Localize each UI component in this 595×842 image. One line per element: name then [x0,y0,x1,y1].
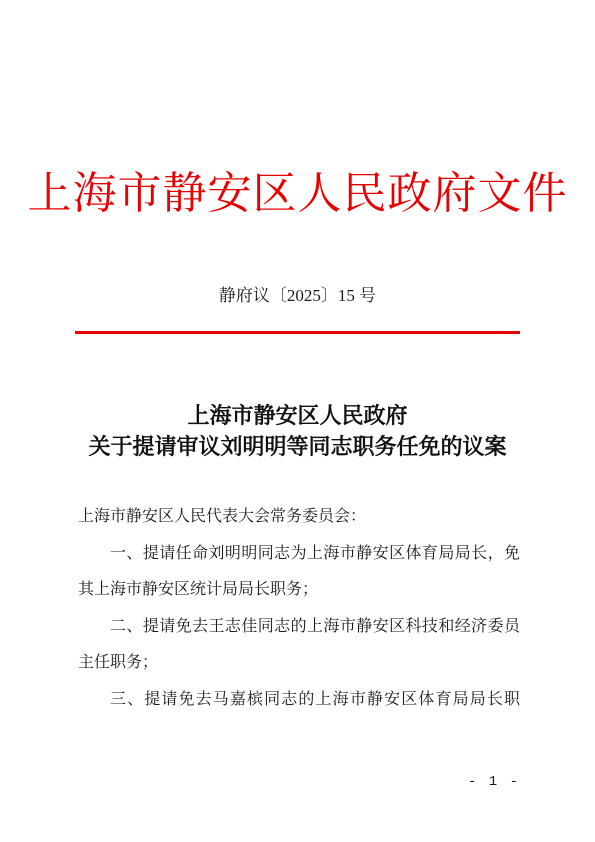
body-line-item2-part1: 二、提请免去王志佳同志的上海市静安区科技和经济委员会 [78,609,520,646]
body-line-item1-part2: 其上海市静安区统计局局长职务； [78,572,520,609]
document-title-line1: 上海市静安区人民政府 [0,400,595,431]
document-number: 静府议〔2025〕15 号 [0,284,595,308]
body-line-salutation: 上海市静安区人民代表大会常务委员会： [78,499,520,536]
body-line-item3: 三、提请免去马嘉槟同志的上海市静安区体育局局长职务。 [78,682,520,719]
body-line-item2-part2: 主任职务； [78,645,520,682]
body-line-item1-part1: 一、提请任命刘明明同志为上海市静安区体育局局长，免去 [78,536,520,573]
document-header-title: 上海市静安区人民政府文件 [0,168,595,220]
page-number: - 1 - [0,774,520,790]
document-title-line2: 关于提请审议刘明明等同志职务任免的议案 [0,431,595,462]
red-divider-line [75,331,520,334]
body-text: 上海市静安区人民代表大会常务委员会： 一、提请任命刘明明同志为上海市静安区体育局… [78,499,520,718]
document-title: 上海市静安区人民政府 关于提请审议刘明明等同志职务任免的议案 [0,400,595,462]
document-page: 上海市静安区人民政府文件 静府议〔2025〕15 号 上海市静安区人民政府 关于… [0,0,595,842]
